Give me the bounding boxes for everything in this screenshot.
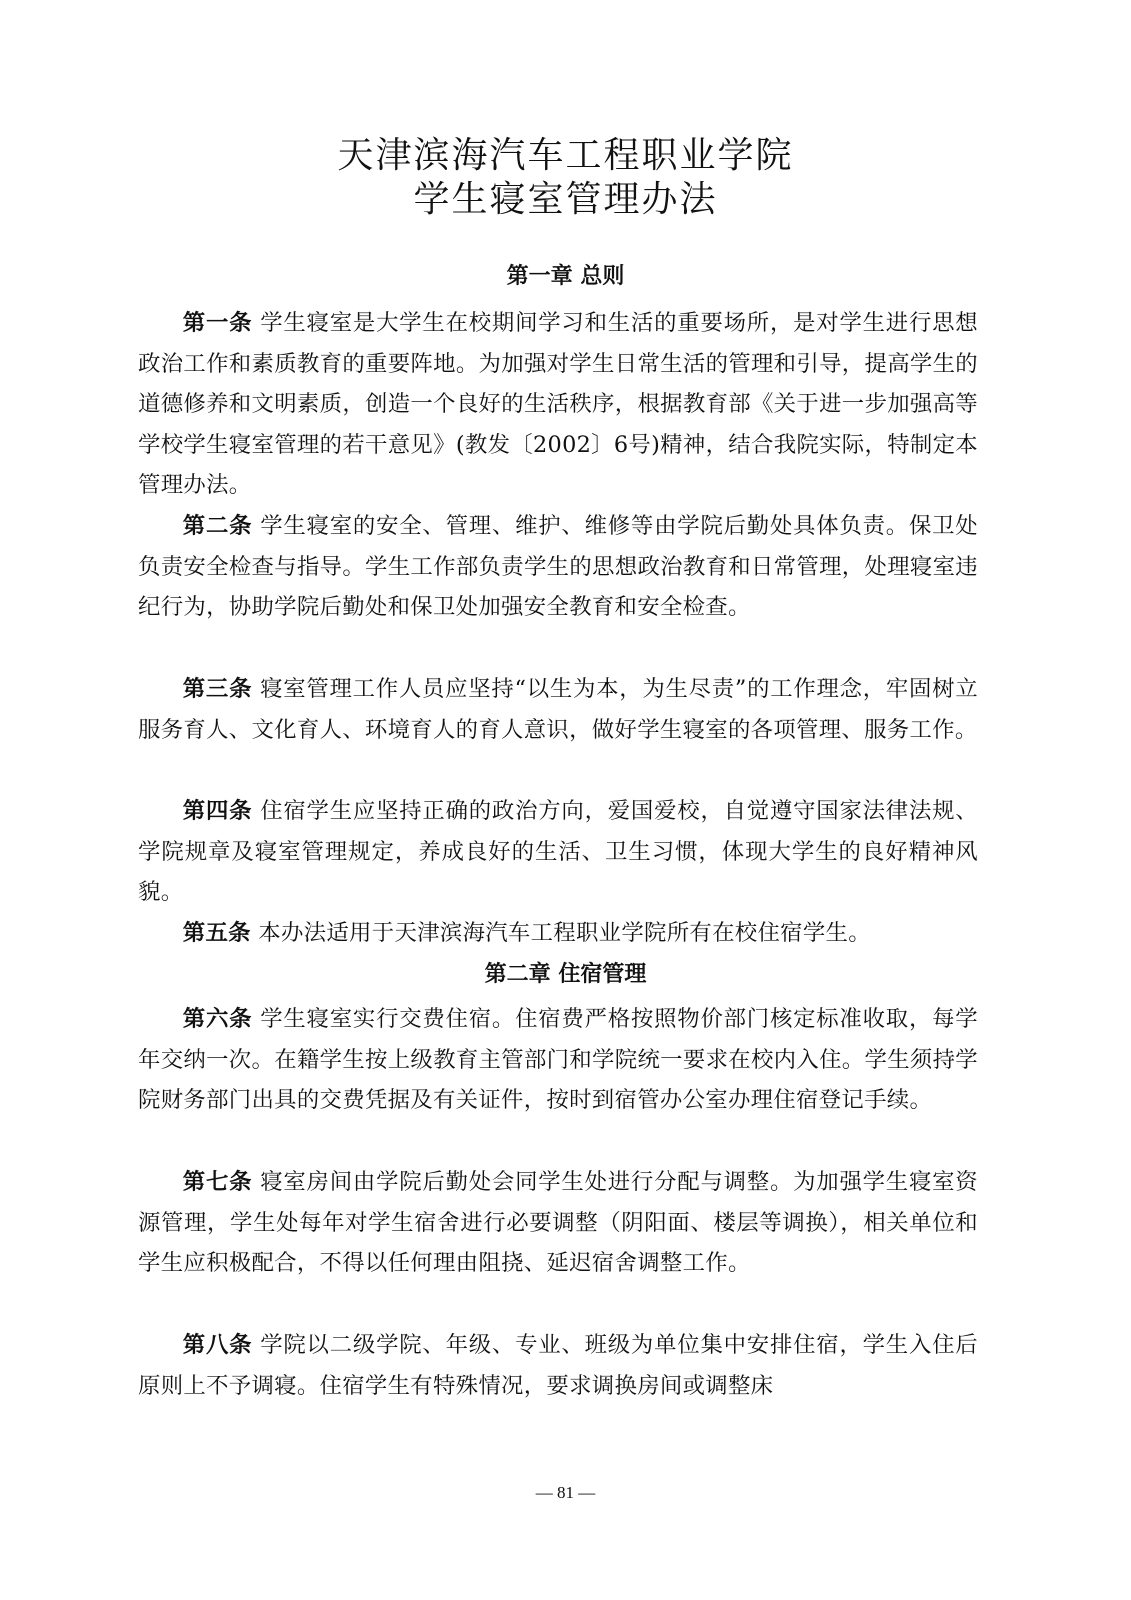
article-text: 学生寝室是大学生在校期间学习和生活的重要场所，是对学生进行思想政治工作和素质教育… <box>138 310 978 498</box>
article-label: 第七条 <box>183 1169 253 1195</box>
page-number: — 81 — <box>0 1483 1131 1503</box>
article-label: 第四条 <box>183 798 253 824</box>
article-text: 寝室房间由学院后勤处会同学生处进行分配与调整。为加强学生寝室资源管理，学生处每年… <box>138 1169 978 1276</box>
article-7: 第七条 寝室房间由学院后勤处会同学生处进行分配与调整。为加强学生寝室资源管理，学… <box>138 1162 978 1284</box>
article-6: 第六条 学生寝室实行交费住宿。住宿费严格按照物价部门核定标准收取，每学年交纳一次… <box>138 999 978 1121</box>
article-1: 第一条 学生寝室是大学生在校期间学习和生活的重要场所，是对学生进行思想政治工作和… <box>138 303 978 506</box>
document-title-line-2: 学生寝室管理办法 <box>0 178 1131 222</box>
article-text: 学生寝室实行交费住宿。住宿费严格按照物价部门核定标准收取，每学年交纳一次。在籍学… <box>138 1006 978 1113</box>
chapter-1-heading: 第一章 总则 <box>0 262 1131 292</box>
article-4: 第四条 住宿学生应坚持正确的政治方向，爱国爱校，自觉遵守国家法律法规、学院规章及… <box>138 791 978 913</box>
article-text: 学院以二级学院、年级、专业、班级为单位集中安排住宿，学生入住后原则上不予调寝。住… <box>138 1332 978 1399</box>
article-label: 第八条 <box>183 1332 253 1358</box>
article-label: 第一条 <box>183 310 253 336</box>
article-label: 第六条 <box>183 1006 253 1032</box>
article-label: 第五条 <box>183 920 251 946</box>
document-page: 天津滨海汽车工程职业学院 学生寝室管理办法 第一章 总则 第一条 学生寝室是大学… <box>0 0 1131 1600</box>
article-text: 住宿学生应坚持正确的政治方向，爱国爱校，自觉遵守国家法律法规、学院规章及寝室管理… <box>138 798 978 905</box>
article-2: 第二条 学生寝室的安全、管理、维护、维修等由学院后勤处具体负责。保卫处负责安全检… <box>138 506 978 628</box>
chapter-2-heading: 第二章 住宿管理 <box>0 960 1131 990</box>
article-label: 第二条 <box>183 513 253 539</box>
article-8: 第八条 学院以二级学院、年级、专业、班级为单位集中安排住宿，学生入住后原则上不予… <box>138 1325 978 1406</box>
article-text: 本办法适用于天津滨海汽车工程职业学院所有在校住宿学生。 <box>258 920 871 946</box>
article-3: 第三条 寝室管理工作人员应坚持“以生为本，为生尽责”的工作理念，牢固树立服务育人… <box>138 669 978 750</box>
article-label: 第三条 <box>183 676 252 702</box>
article-5: 第五条 本办法适用于天津滨海汽车工程职业学院所有在校住宿学生。 <box>138 913 978 954</box>
article-text: 学生寝室的安全、管理、维护、维修等由学院后勤处具体负责。保卫处负责安全检查与指导… <box>138 513 978 620</box>
document-title-line-1: 天津滨海汽车工程职业学院 <box>0 134 1131 178</box>
article-text: 寝室管理工作人员应坚持“以生为本，为生尽责”的工作理念，牢固树立服务育人、文化育… <box>138 676 978 743</box>
